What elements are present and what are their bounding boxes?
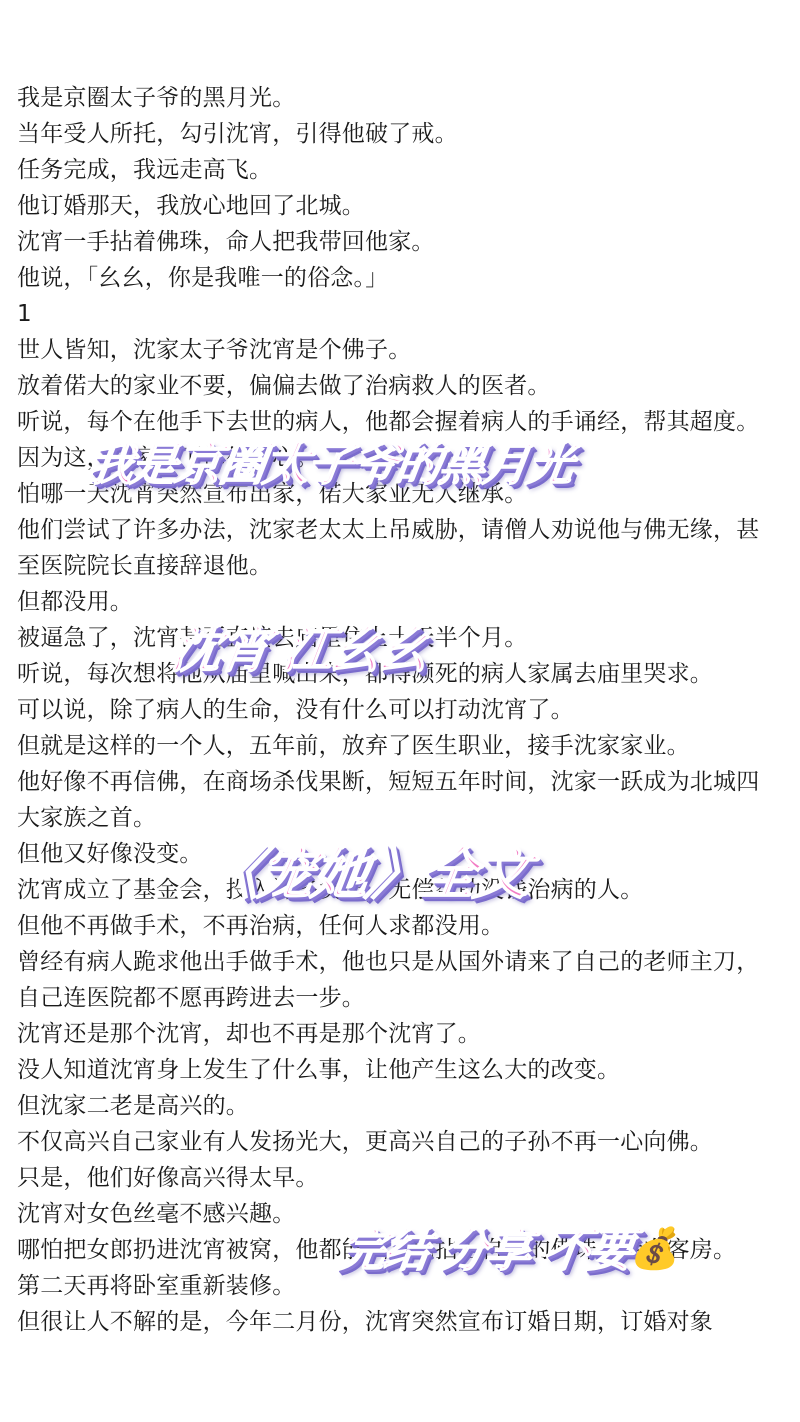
paragraph: 曾经有病人跪求他出手做手术，他也只是从国外请来了自己的老师主刀，自己连医院都不愿… bbox=[17, 944, 777, 1016]
promo-overlay: 完结 分享 不要💰 bbox=[335, 1214, 686, 1280]
paragraph: 可以说，除了病人的生命，没有什么可以打动沈宵了。 bbox=[17, 692, 777, 728]
article-body: 我是京圈太子爷的黑月光。 当年受人所托，勾引沈宵，引得他破了戒。 任务完成，我远… bbox=[17, 80, 777, 1340]
title-overlay: 我是京圈太子爷的黑月光 bbox=[83, 428, 576, 494]
paragraph: 我是京圈太子爷的黑月光。 bbox=[17, 80, 777, 116]
paragraph: 不仅高兴自己家业有人发扬光大，更高兴自己的子孙不再一心向佛。 bbox=[17, 1124, 777, 1160]
characters-overlay: 沈宵 江幺幺 bbox=[167, 610, 433, 682]
article-page: 我是京圈太子爷的黑月光。 当年受人所托，勾引沈宵，引得他破了戒。 任务完成，我远… bbox=[0, 0, 800, 1422]
paragraph: 只是，他们好像高兴得太早。 bbox=[17, 1160, 777, 1196]
paragraph: 但他不再做手术，不再治病，任何人求都没用。 bbox=[17, 908, 777, 944]
paragraph: 当年受人所托，勾引沈宵，引得他破了戒。 bbox=[17, 116, 777, 152]
paragraph: 但就是这样的一个人，五年前，放弃了医生职业，接手沈家家业。 bbox=[17, 728, 777, 764]
paragraph: 他好像不再信佛，在商场杀伐果断，短短五年时间，沈家一跃成为北城四大家族之首。 bbox=[17, 764, 777, 836]
paragraph: 但沈家二老是高兴的。 bbox=[17, 1088, 777, 1124]
paragraph: 沈宵一手拈着佛珠，命人把我带回他家。 bbox=[17, 224, 777, 260]
money-bag-icon: 💰 bbox=[629, 1225, 685, 1272]
paragraph: 世人皆知，沈家太子爷沈宵是个佛子。 bbox=[17, 332, 777, 368]
chapter-number: 1 bbox=[17, 296, 777, 332]
paragraph: 但很让人不解的是，今年二月份，沈宵突然宣布订婚日期，订婚对象 bbox=[17, 1304, 777, 1340]
paragraph: 没人知道沈宵身上发生了什么事，让他产生这么大的改变。 bbox=[17, 1052, 777, 1088]
paragraph: 他订婚那天，我放心地回了北城。 bbox=[17, 188, 777, 224]
book-title-overlay: 《宠她》全文 bbox=[199, 830, 534, 910]
paragraph: 任务完成，我远走高飞。 bbox=[17, 152, 777, 188]
paragraph: 他说，「幺幺，你是我唯一的俗念。」 bbox=[17, 260, 777, 296]
paragraph: 他们尝试了许多办法，沈家老太太上吊威胁，请僧人劝说他与佛无缘，甚至医院院长直接辞… bbox=[17, 512, 777, 584]
paragraph: 放着偌大的家业不要，偏偏去做了治病救人的医者。 bbox=[17, 368, 777, 404]
paragraph: 沈宵还是那个沈宵，却也不再是那个沈宵了。 bbox=[17, 1016, 777, 1052]
promo-text: 完结 分享 不要 bbox=[336, 1223, 636, 1277]
